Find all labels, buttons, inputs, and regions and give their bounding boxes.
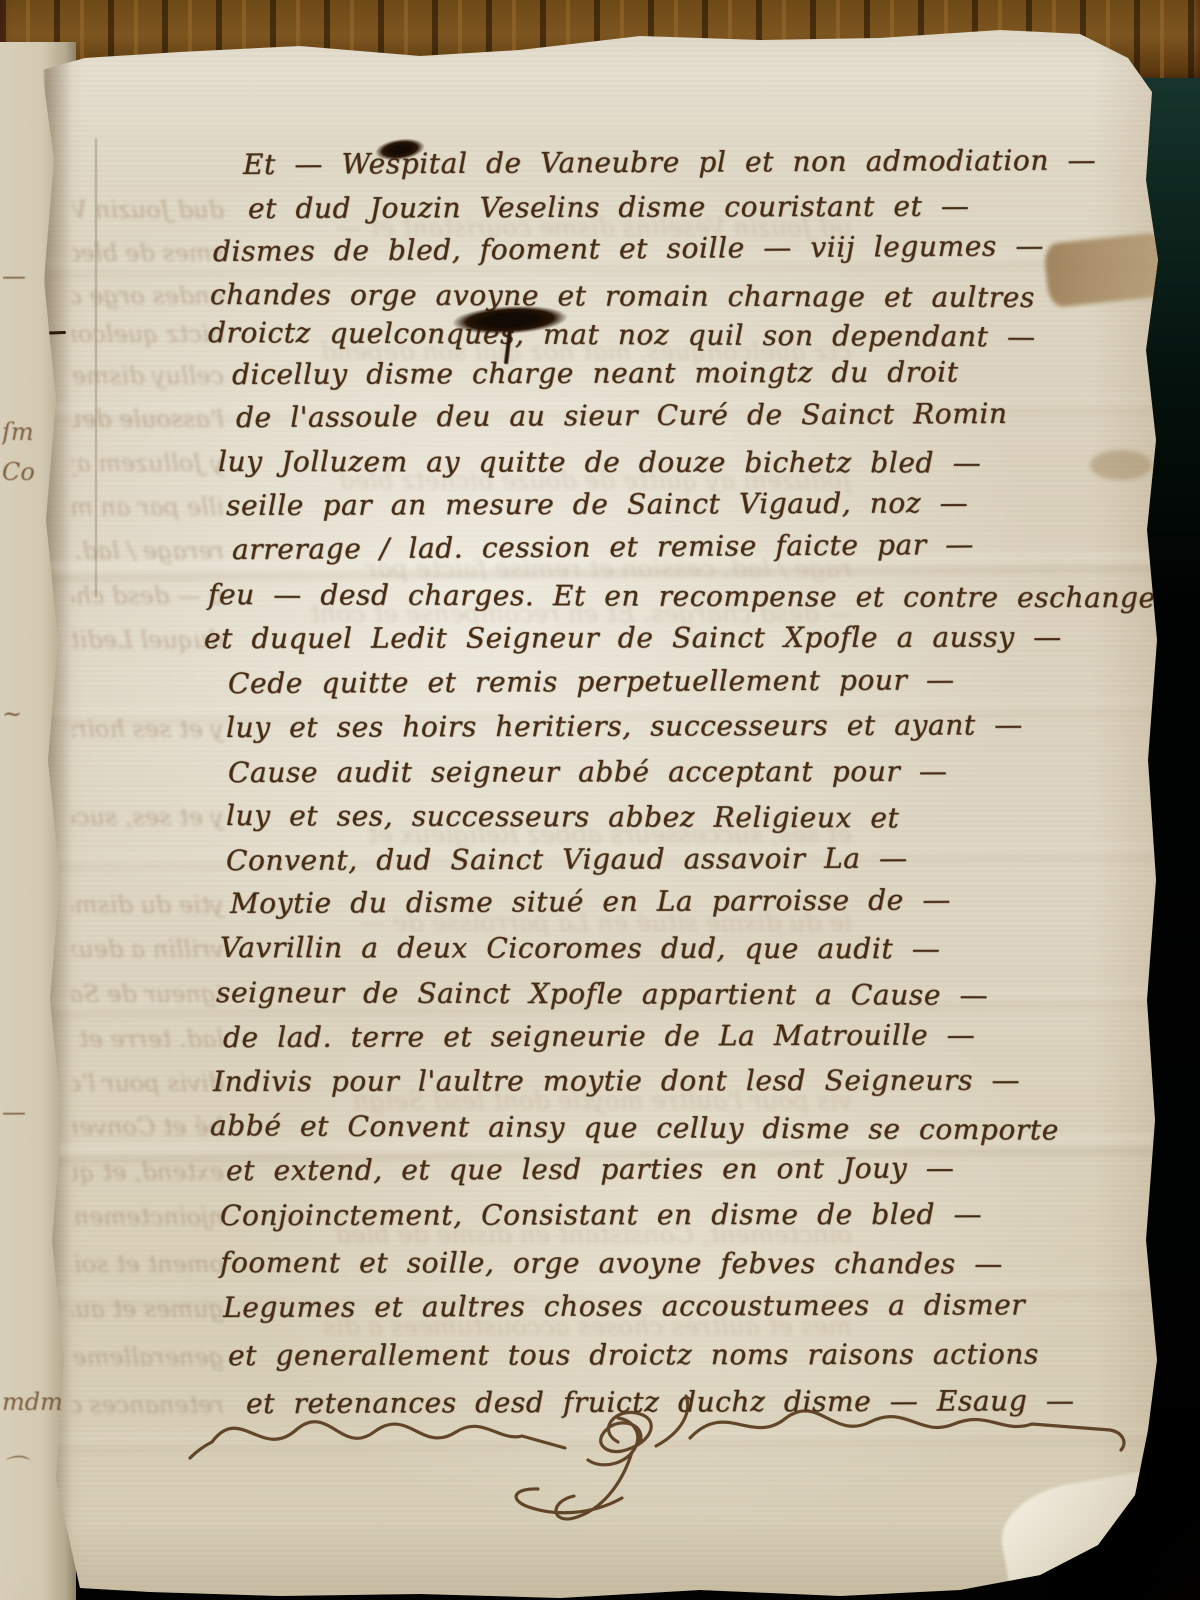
manuscript-line: Moytie du disme situé en La parroisse de…	[230, 883, 951, 920]
manuscript-line: luy Jolluzem ay quitte de douze bichetz …	[218, 445, 981, 479]
margin-ink-offset: divis pour l'aul	[72, 1069, 224, 1097]
manuscript-line: Legumes et aultres choses accoustumees a…	[223, 1288, 1025, 1324]
manuscript-line: de l'assoule deu au sieur Curé de Sainct…	[236, 397, 1008, 434]
manuscript-line: Et — Wespital de Vaneubre pl et non admo…	[243, 144, 1096, 181]
margin-ink-offset: vrillin a deux C	[72, 935, 224, 963]
manuscript-line: seille par an mesure de Sainct Vigaud, n…	[226, 486, 968, 522]
margin-ink-offset: duquel Ledit Se	[72, 626, 224, 654]
manuscript-line: dicelluy disme charge neant moingtz du d…	[232, 355, 959, 391]
margin-ink-offset: rerage / lad. ce	[72, 537, 224, 565]
manuscript-line: chandes orge avoyne et romain charnage e…	[210, 278, 1035, 314]
manuscript-line: luy et ses hoirs heritiers, successeurs …	[226, 708, 1023, 744]
margin-ink-offset: u — desd charges	[72, 582, 224, 610]
margin-ink-offset: ytie du disme si	[72, 891, 224, 919]
photo-canvas: { "image": { "description": "Photograph …	[0, 0, 1200, 1600]
manuscript-line: dismes de bled, fooment et soille — viij…	[213, 229, 1044, 268]
manuscript-line: Conjoinctement, Consistant en disme de b…	[220, 1198, 982, 1232]
margin-ink-offset: l'assoule deu a	[72, 405, 224, 433]
manuscript-line: abbé et Convent ainsy que celluy disme s…	[210, 1109, 1059, 1146]
margin-ink-offset: oictz quelconque	[72, 320, 224, 348]
manuscript-line: de lad. terre et seigneurie de La Matrou…	[223, 1018, 975, 1054]
manuscript-line: droictz quelconques, mat noz quil son de…	[208, 316, 1036, 353]
margin-ink-offset: smes de bled, fo	[72, 239, 224, 267]
margin-ink-offset: gumes et aultres	[72, 1295, 224, 1323]
manuscript-line: feu — desd charges. Et en recompense et …	[208, 578, 1156, 614]
manuscript-line: Vavrillin a deux Cicoromes dud, que audi…	[220, 931, 940, 965]
manuscript-line: Cede quitte et remis perpetuellement pou…	[228, 663, 955, 700]
manuscript-line: seigneur de Sainct Xpofle appartient a C…	[216, 976, 988, 1012]
margin-ink-offset: ille par an mesu	[72, 493, 224, 521]
brown-smudge-stain	[1043, 232, 1169, 308]
margin-ink-offset: generallement t	[72, 1343, 224, 1371]
margin-ink-offset: lad. terre et s	[72, 1025, 224, 1053]
margin-ink-offset: y Jolluzem ay qu	[72, 449, 224, 477]
margin-ink-offset: y et ses, succes	[72, 803, 224, 831]
margin-ink-offset: oment et soille,	[72, 1250, 224, 1278]
manuscript-line: et generallement tous droictz noms raiso…	[228, 1338, 1039, 1372]
signature-flourish	[170, 1380, 1170, 1530]
manuscript-line: arrerage / lad. cession et remise faicte…	[232, 528, 974, 566]
manuscript-line: et duquel Ledit Seigneur de Sainct Xpofl…	[204, 621, 1062, 655]
margin-ink-offset: bé et Convent ai	[72, 1113, 224, 1141]
faint-stain	[1090, 450, 1152, 480]
margin-ink-offset: igneur de Sainct	[72, 980, 224, 1008]
manuscript-line: Convent, dud Sainct Vigaud assavoir La —	[226, 842, 908, 877]
manuscript-line: et dud Jouzin Veselins disme couristant …	[248, 189, 970, 225]
margin-ink-offset: dud Jouzin Vese	[72, 196, 224, 224]
margin-ink-offset: njoinctement, Co	[72, 1203, 224, 1231]
manuscript-line: Cause audit seigneur abbé acceptant pour…	[228, 755, 948, 789]
manuscript-line: et extend, et que lesd parties en ont Jo…	[226, 1151, 954, 1187]
manuscript-line: fooment et soille, orge avoyne febves ch…	[220, 1246, 1003, 1280]
margin-ink-offset: extend, et que	[72, 1158, 224, 1186]
margin-ink-offset: andes orge avoyn	[72, 282, 224, 310]
manuscript-line: luy et ses, successeurs abbez Religieux …	[226, 799, 900, 834]
manuscript-line: Indivis pour l'aultre moytie dont lesd S…	[213, 1064, 1020, 1098]
margin-ink-offset: celluy disme cha	[72, 362, 224, 390]
manuscript-page: Et — Wespital de Vaneubre pl et non admo…	[0, 0, 1200, 1600]
margin-ink-offset: y et ses hoirs h	[72, 715, 224, 743]
